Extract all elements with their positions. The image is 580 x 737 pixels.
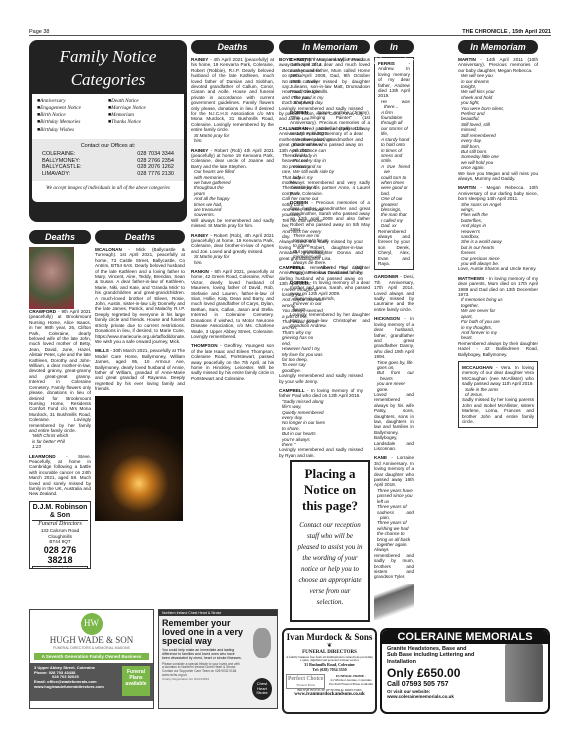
wade-phone-label: Phone: <box>34 670 48 675</box>
notice-tail: Will always be remembered and sadly miss… <box>191 218 274 229</box>
robinson-website[interactable]: www.robinsonofcalcrum.com <box>32 566 88 569</box>
contact-offices: Contact our Offices at: COLERAINE:028 70… <box>32 139 184 181</box>
memorials-title: COLERAINE MEMORIALS <box>382 630 548 644</box>
verse-line: 1:23 <box>35 444 91 449</box>
category-item: Engagement Notice <box>37 105 108 111</box>
notice-verse: Three years havepassed since youleft usT… <box>374 488 414 547</box>
notice-verse: We never part fromthose we love,No dista… <box>290 137 370 180</box>
memoriam-banner-3: In Memoriam <box>374 40 414 54</box>
notice: DOBBIN - James Andrew (Jimmy), "The Sing… <box>290 110 370 197</box>
notice: GARDINER - Desi, 7th Anniversary, 17th A… <box>374 274 414 312</box>
memoriam-banner-2: In Memoriam <box>290 40 370 54</box>
notice: MARTIN - Megan Rebecca. 10th Anniversary… <box>458 185 538 272</box>
ivan-murdock-ad: Ivan Murdock & Sons ❦ FUNERAL DIRECTORS … <box>282 628 377 714</box>
category-item: Death Notice <box>108 98 179 104</box>
robinson-phone: 028 276 38218 <box>32 545 88 566</box>
murdock-plans: Pre Paid Funeral Plans available <box>329 682 373 686</box>
verse-line: But from our hearts <box>380 370 414 381</box>
notice-tail: Love, Auntie Sharon and Uncle Kenny. <box>458 266 538 271</box>
murdock-home-addr: 2a Windsor Avenue, Coleraine <box>329 678 373 682</box>
notice-tail: Remembered always and forever by your so… <box>378 229 410 267</box>
column-deaths-2: Deaths MCALONAN - Mick (Ballycastle & Tu… <box>95 230 185 521</box>
perfect-choice-logo: Perfect Choice <box>288 676 323 683</box>
nichs-ad: Northern Ireland Chest Heart & Stroke Re… <box>158 609 278 709</box>
verse-line: the man that <box>384 212 410 217</box>
notice-surname: RAINEY <box>191 233 208 238</box>
notice-surname: DOBBIN <box>290 280 308 285</box>
notice-verse: We will see youin our dreamstonight,We w… <box>458 73 538 170</box>
murdock-website[interactable]: www.ivanmurdockandsons.co.uk <box>286 692 373 698</box>
notice-surname: RAINEY <box>191 57 208 62</box>
robinson-name: D.J.M. Robinson & Son <box>32 504 88 522</box>
notice-text: - 30th March 2021, peacefully at The Mod… <box>95 348 185 391</box>
nichs-title: Remember your loved one in a very specia… <box>162 619 247 646</box>
notice-verse: She soars on Angelwings,Flies with thebu… <box>458 202 538 267</box>
verse-line: sadness and pain, <box>380 510 414 521</box>
robinson-funeral-ad: D.J.M. Robinson & Son Funeral Directors … <box>29 501 91 569</box>
column-memoriam-4: In Memoriam MARTIN - 14th April 2011 (10… <box>458 40 538 585</box>
category-item: Birthday Memories <box>37 119 108 125</box>
notice-verse: Our hearts are filledwith memories,we ha… <box>191 169 274 218</box>
category-item: Anniversary <box>37 98 108 104</box>
notice-surname: DOBBIN <box>290 200 308 205</box>
notice-verse: Always in our minds,Forever in ourhearts… <box>290 296 370 312</box>
coleraine-memorials-ad: COLERAINE MEMORIALS Granite Headstones, … <box>380 628 550 714</box>
wade-logo: HW <box>81 613 103 635</box>
verse-line: him. <box>197 260 274 265</box>
verse-line: him. <box>197 138 274 143</box>
notice-text: - Mary and Willie. Precious memories of … <box>290 57 370 94</box>
categories-panel: AnniversaryDeath NoticeEngagement Notice… <box>32 94 184 202</box>
category-item: Marriage Notice <box>108 105 179 111</box>
memoriam-banner-4: In Memoriam <box>458 40 538 54</box>
notice: MCALONAN - Mick (Ballycastle & Turreagh)… <box>95 247 185 344</box>
notice-text: - Geoffrey. Youngest son of the late Isa… <box>191 343 274 380</box>
notice: FERRIS - Andrew. In loving memory of my … <box>374 57 414 270</box>
notice-tail: Loved and remembered always by his wife … <box>374 392 414 451</box>
nichs-contact: Please consider a special tribute to you… <box>162 663 242 678</box>
notice-surname: MCALONAN <box>95 247 122 252</box>
categories-title-1: Family Notice <box>32 47 184 66</box>
notice-text: - In loving memory of a dear husband, fa… <box>374 316 414 359</box>
notice: MCCAUGHAN - Vera. In loving memory of ou… <box>458 361 538 428</box>
placing-text: Contact our reception staff who will be … <box>296 520 364 608</box>
notice-tail: Always remembered and very sadly missed … <box>290 180 370 196</box>
categories-title-2: Categories <box>32 70 184 89</box>
notice-surname: CHRISTIE <box>290 57 311 62</box>
notice: RAINEY - Robert (Rob) 4th April 2021 (pe… <box>191 148 274 229</box>
notice-tail: Sadly missed by her loving parents John … <box>462 397 534 424</box>
category-item: Birthday Wishes <box>37 127 108 133</box>
robinson-sub: Funeral Directors <box>32 521 88 528</box>
nichs-body: You could help make an immediate and las… <box>162 648 242 660</box>
verse-line: were good or <box>384 185 410 190</box>
notice-text: - Lorraine 3rd Anniversary. In loving me… <box>374 455 414 487</box>
notice-surname: HICKINSON <box>374 316 400 321</box>
deceased-photo <box>29 247 74 309</box>
deaths-banner-3: Deaths <box>191 40 274 54</box>
notice: LEARMOND - Steve. Peacefully, at home in… <box>29 454 91 497</box>
notice: THOMPSON - Geoffrey. Youngest son of the… <box>191 343 274 381</box>
notice-tail: Remembered always by their daughter Haze… <box>458 341 538 357</box>
notice-tail: We love you Megan and will miss you alwa… <box>458 171 538 182</box>
office-phone: 028 7776 2130 <box>137 171 174 177</box>
notice-text: - Steve. Peacefully, at home in Cambridg… <box>29 454 91 497</box>
ornament-icon: ❦ <box>286 643 373 650</box>
notice-verse: If memories bring ustogether,We are neve… <box>458 297 538 340</box>
notice-surname: DOBBIN <box>290 110 308 115</box>
placing-title: Placing a Notice on this page? <box>296 466 364 514</box>
notice-surname: THOMPSON <box>191 343 218 348</box>
category-item: Thanks Notice <box>108 119 179 125</box>
notice: RAINEY - 4th April 2021 (peacefully) at … <box>191 57 274 144</box>
flower-graphic <box>253 628 271 658</box>
placing-notice-box: Placing a Notice on this page? Contact o… <box>290 460 370 622</box>
notice: CHRISTIE - Mary and Willie. Precious mem… <box>290 57 370 106</box>
notice-surname: RANKIN <box>191 269 209 274</box>
notice-surname: GARDINER <box>374 274 399 279</box>
verse-line: Shepherd. <box>296 100 370 105</box>
notice: HICKINSON - In loving memory of a dear h… <box>374 316 414 451</box>
column-deaths-3: Deaths RAINEY - 4th April 2021 (peaceful… <box>191 40 274 615</box>
notice: KANE - Lorraine 3rd Anniversary. In lovi… <box>374 455 414 579</box>
family-notice-categories: Family Notice Categories AnniversaryDeat… <box>29 40 187 222</box>
notice: MARTIN - 14th April 2011 (10th Anniversa… <box>458 57 538 181</box>
hugh-wade-ad: HW HUGH WADE & SON FUNERAL DIRECTORS & M… <box>29 609 154 709</box>
notice-text: - Mick (Ballycastle & Turreagh). 1st Apr… <box>95 247 185 344</box>
notice-surname: MARTIN <box>458 185 476 190</box>
wade-sub: FUNERAL DIRECTORS & MEMORIAL MASONS <box>30 646 153 650</box>
office-name: LIMAVADY: <box>42 171 70 177</box>
notice-surname: LEARMOND <box>29 454 56 459</box>
notice-text: - Andrew. In loving memory of my dear fa… <box>378 61 410 98</box>
notice-surname: CRAWFORD <box>29 309 56 314</box>
headstone-graphic <box>505 644 543 702</box>
accept-images-note: We accept images of individuals in all o… <box>37 186 179 192</box>
column-memoriam-2: In Memoriam CHRISTIE - Mary and Willie. … <box>290 40 370 458</box>
notice-surname: MCCAUGHAN <box>462 365 493 370</box>
verse-line: passed since you <box>380 493 414 498</box>
notice: CRAWFORD - 9th April 2021 (peacefully) a… <box>29 309 91 450</box>
column-deaths-1: Deaths CRAWFORD - 9th April 2021 (peacef… <box>29 230 91 569</box>
notice-verse: St Martin pray forhim. <box>191 254 274 265</box>
notice-surname: MARTIN <box>458 57 476 62</box>
notice-text: - 4th April 2021 (peacefully) at his hom… <box>191 57 274 132</box>
notice: RANKIN - 6th April 2021, peacefully at h… <box>191 269 274 339</box>
notice-verse: 'With Christ whichis far better' Phil1:2… <box>29 433 91 449</box>
deaths-banner: Deaths <box>29 230 91 244</box>
notice-surname: MATTHEWS <box>458 276 484 281</box>
deaths-banner-2: Deaths <box>95 230 185 244</box>
notice-surname: KANE <box>374 455 387 460</box>
page-header: Page 38 THE CHRONICLE , 15th April 2021 <box>29 27 551 36</box>
nichs-logo: Chest Heart Stroke <box>252 678 272 700</box>
notice-text: - Precious memories of a dear mother, gr… <box>290 200 370 232</box>
perfect-choice-sub: Funeral Plans <box>288 683 323 687</box>
notice: DOBBIN - Precious memories of a dear mot… <box>290 200 370 276</box>
notice-verse: There are notomorrow's for usto share,Bu… <box>290 233 370 265</box>
notice-surname: FERRIS <box>378 61 395 66</box>
notice: MATTHEWS - In loving memory of my dear p… <box>458 276 538 357</box>
notice-verse: The Lord is myShepherd. <box>290 95 370 106</box>
notice-verse: He was there...A firmfoundationthrough a… <box>378 99 410 229</box>
notice-verse: St Martin pray forhim. <box>191 133 274 144</box>
murdock-name: Ivan Murdock & Sons <box>286 632 373 643</box>
candle-photo <box>95 396 183 521</box>
contact-title: Contact our Offices at: <box>42 143 174 149</box>
notice: DOBBIN - In loving memory of a dear moth… <box>290 280 370 329</box>
notice-verse: Time goes by, lifegoes on,But from our h… <box>374 360 414 392</box>
verse-line: A true friend we <box>384 164 410 175</box>
memorials-desc: Granite Headstones, Base and Sub Base in… <box>387 646 477 665</box>
notice-surname: MILLS <box>95 348 109 353</box>
wade-funeral-plans: Funeral Plans available <box>122 666 150 696</box>
office-row: LIMAVADY:028 7776 2130 <box>42 171 174 177</box>
murdock-tel: Tel: (028) 7034 3350 <box>286 668 373 673</box>
verse-line: He was there... <box>384 99 410 110</box>
notice-text: - 6th April 2021, peacefully at home, 42… <box>191 269 274 339</box>
notice-text: - Desi, 7th Anniversary, 17th April 2014… <box>374 274 414 311</box>
page-number: Page 38 <box>29 29 50 35</box>
notice: MILLS - 30th March 2021, peacefully at T… <box>95 348 185 391</box>
notice-verse: Safe in the armsof Jesus. <box>462 387 534 398</box>
notice-tail: Always remembered and sadly by mum, brot… <box>374 547 414 579</box>
bible-graphic <box>374 584 414 620</box>
nichs-header: Northern Ireland Chest Heart & Stroke <box>159 610 277 616</box>
categories-list: AnniversaryDeath NoticeEngagement Notice… <box>37 98 179 133</box>
category-item: Birth Notice <box>37 112 108 118</box>
category-item: Memoriam <box>108 112 179 118</box>
notice-tail: Always remembered by daughter Peggy, son… <box>290 265 370 276</box>
notice-tail: Lovingly remembered by her daughter Mary… <box>290 312 370 328</box>
column-memoriam-3: In Memoriam FERRIS - Andrew. In loving m… <box>374 40 414 620</box>
wade-tagline: A Seventh Generation Family Owned Busine… <box>34 653 149 660</box>
notice-text: - 9th April 2021 (peacefully) at Brookmo… <box>29 309 91 433</box>
notice: RAINEY - Robert (Rob), 4th April 2021 (p… <box>191 233 274 265</box>
notice-surname: RAINEY <box>191 148 208 153</box>
paper-dateline: THE CHRONICLE , 15th April 2021 <box>462 29 551 35</box>
wade-name: HUGH WADE & SON <box>30 635 153 646</box>
